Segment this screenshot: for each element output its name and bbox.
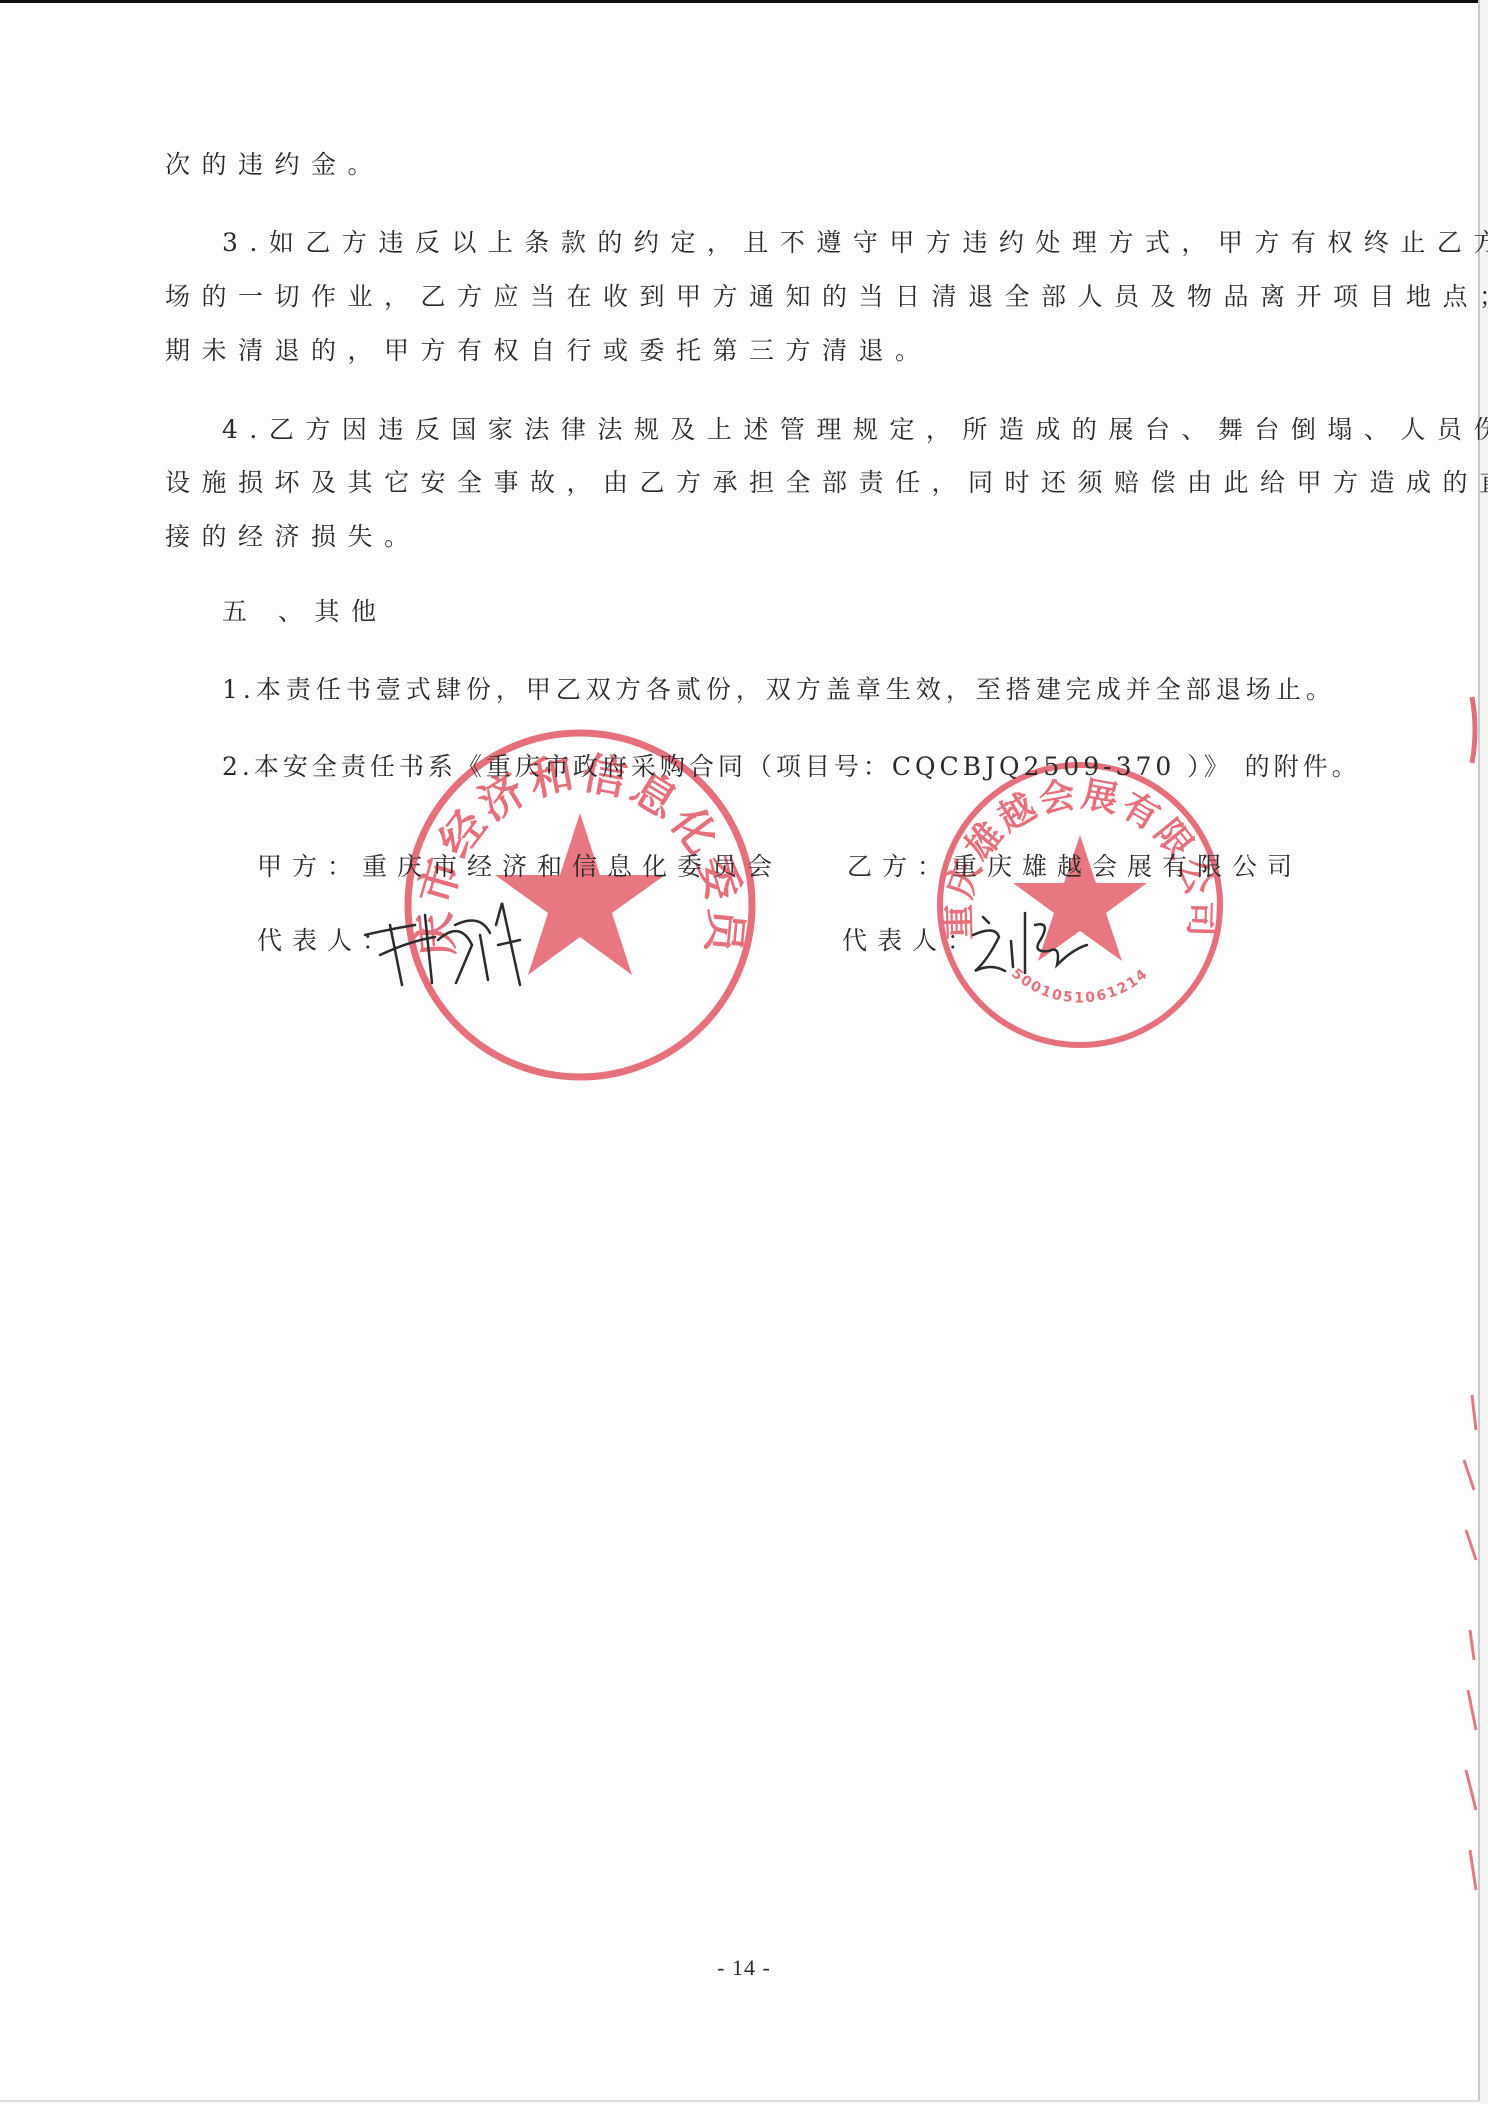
party-b-representative-label: 代表人： — [842, 926, 982, 956]
paragraph-line: 期未清退的，甲方有权自行或委托第三方清退。 — [165, 336, 932, 366]
party-a-label: 甲方：重庆市经济和信息化委员会 — [257, 852, 782, 882]
page-bottom-edge — [0, 2100, 1480, 2102]
paragraph-line: 4.乙方因违反国家法律法规及上述管理规定，所造成的展台、舞台倒塌、人员伤亡、场地 — [222, 415, 1488, 445]
party-b-label: 乙方：重庆雄越会展有限公司 — [847, 852, 1302, 882]
paragraph-line: 接的经济损失。 — [165, 522, 421, 552]
paragraph-line: 3.如乙方违反以上条款的约定，且不遵守甲方违约处理方式，甲方有权终止乙方在项目现 — [222, 228, 1488, 258]
paragraph-line: 设施损坏及其它安全事故，由乙方承担全部责任，同时还须赔偿由此给甲方造成的直接或间 — [165, 468, 1488, 498]
list-item: 1.本责任书壹式肆份，甲乙双方各贰份，双方盖章生效，至搭建完成并全部退场止。 — [222, 675, 1336, 705]
list-item: 2.本安全责任书系《重庆市政府采购合同（项目号：CQCBJQ2509-370 ）… — [222, 752, 1361, 782]
party-a-signature — [360, 885, 540, 995]
paragraph-line: 场的一切作业，乙方应当在收到甲方通知的当日清退全部人员及物品离开项目地点；乙方逾 — [165, 282, 1488, 312]
page-top-border — [0, 0, 1488, 3]
stamp-bleed-mark — [1450, 1390, 1480, 1910]
page-number: - 14 - — [0, 1955, 1488, 1981]
paragraph-line: 次的违约金。 — [165, 150, 384, 180]
party-b-signature — [965, 905, 1095, 985]
stamp-bleed-mark — [1460, 695, 1480, 765]
page-right-margin — [1480, 0, 1488, 2104]
section-heading: 五 、其他 — [222, 597, 387, 627]
